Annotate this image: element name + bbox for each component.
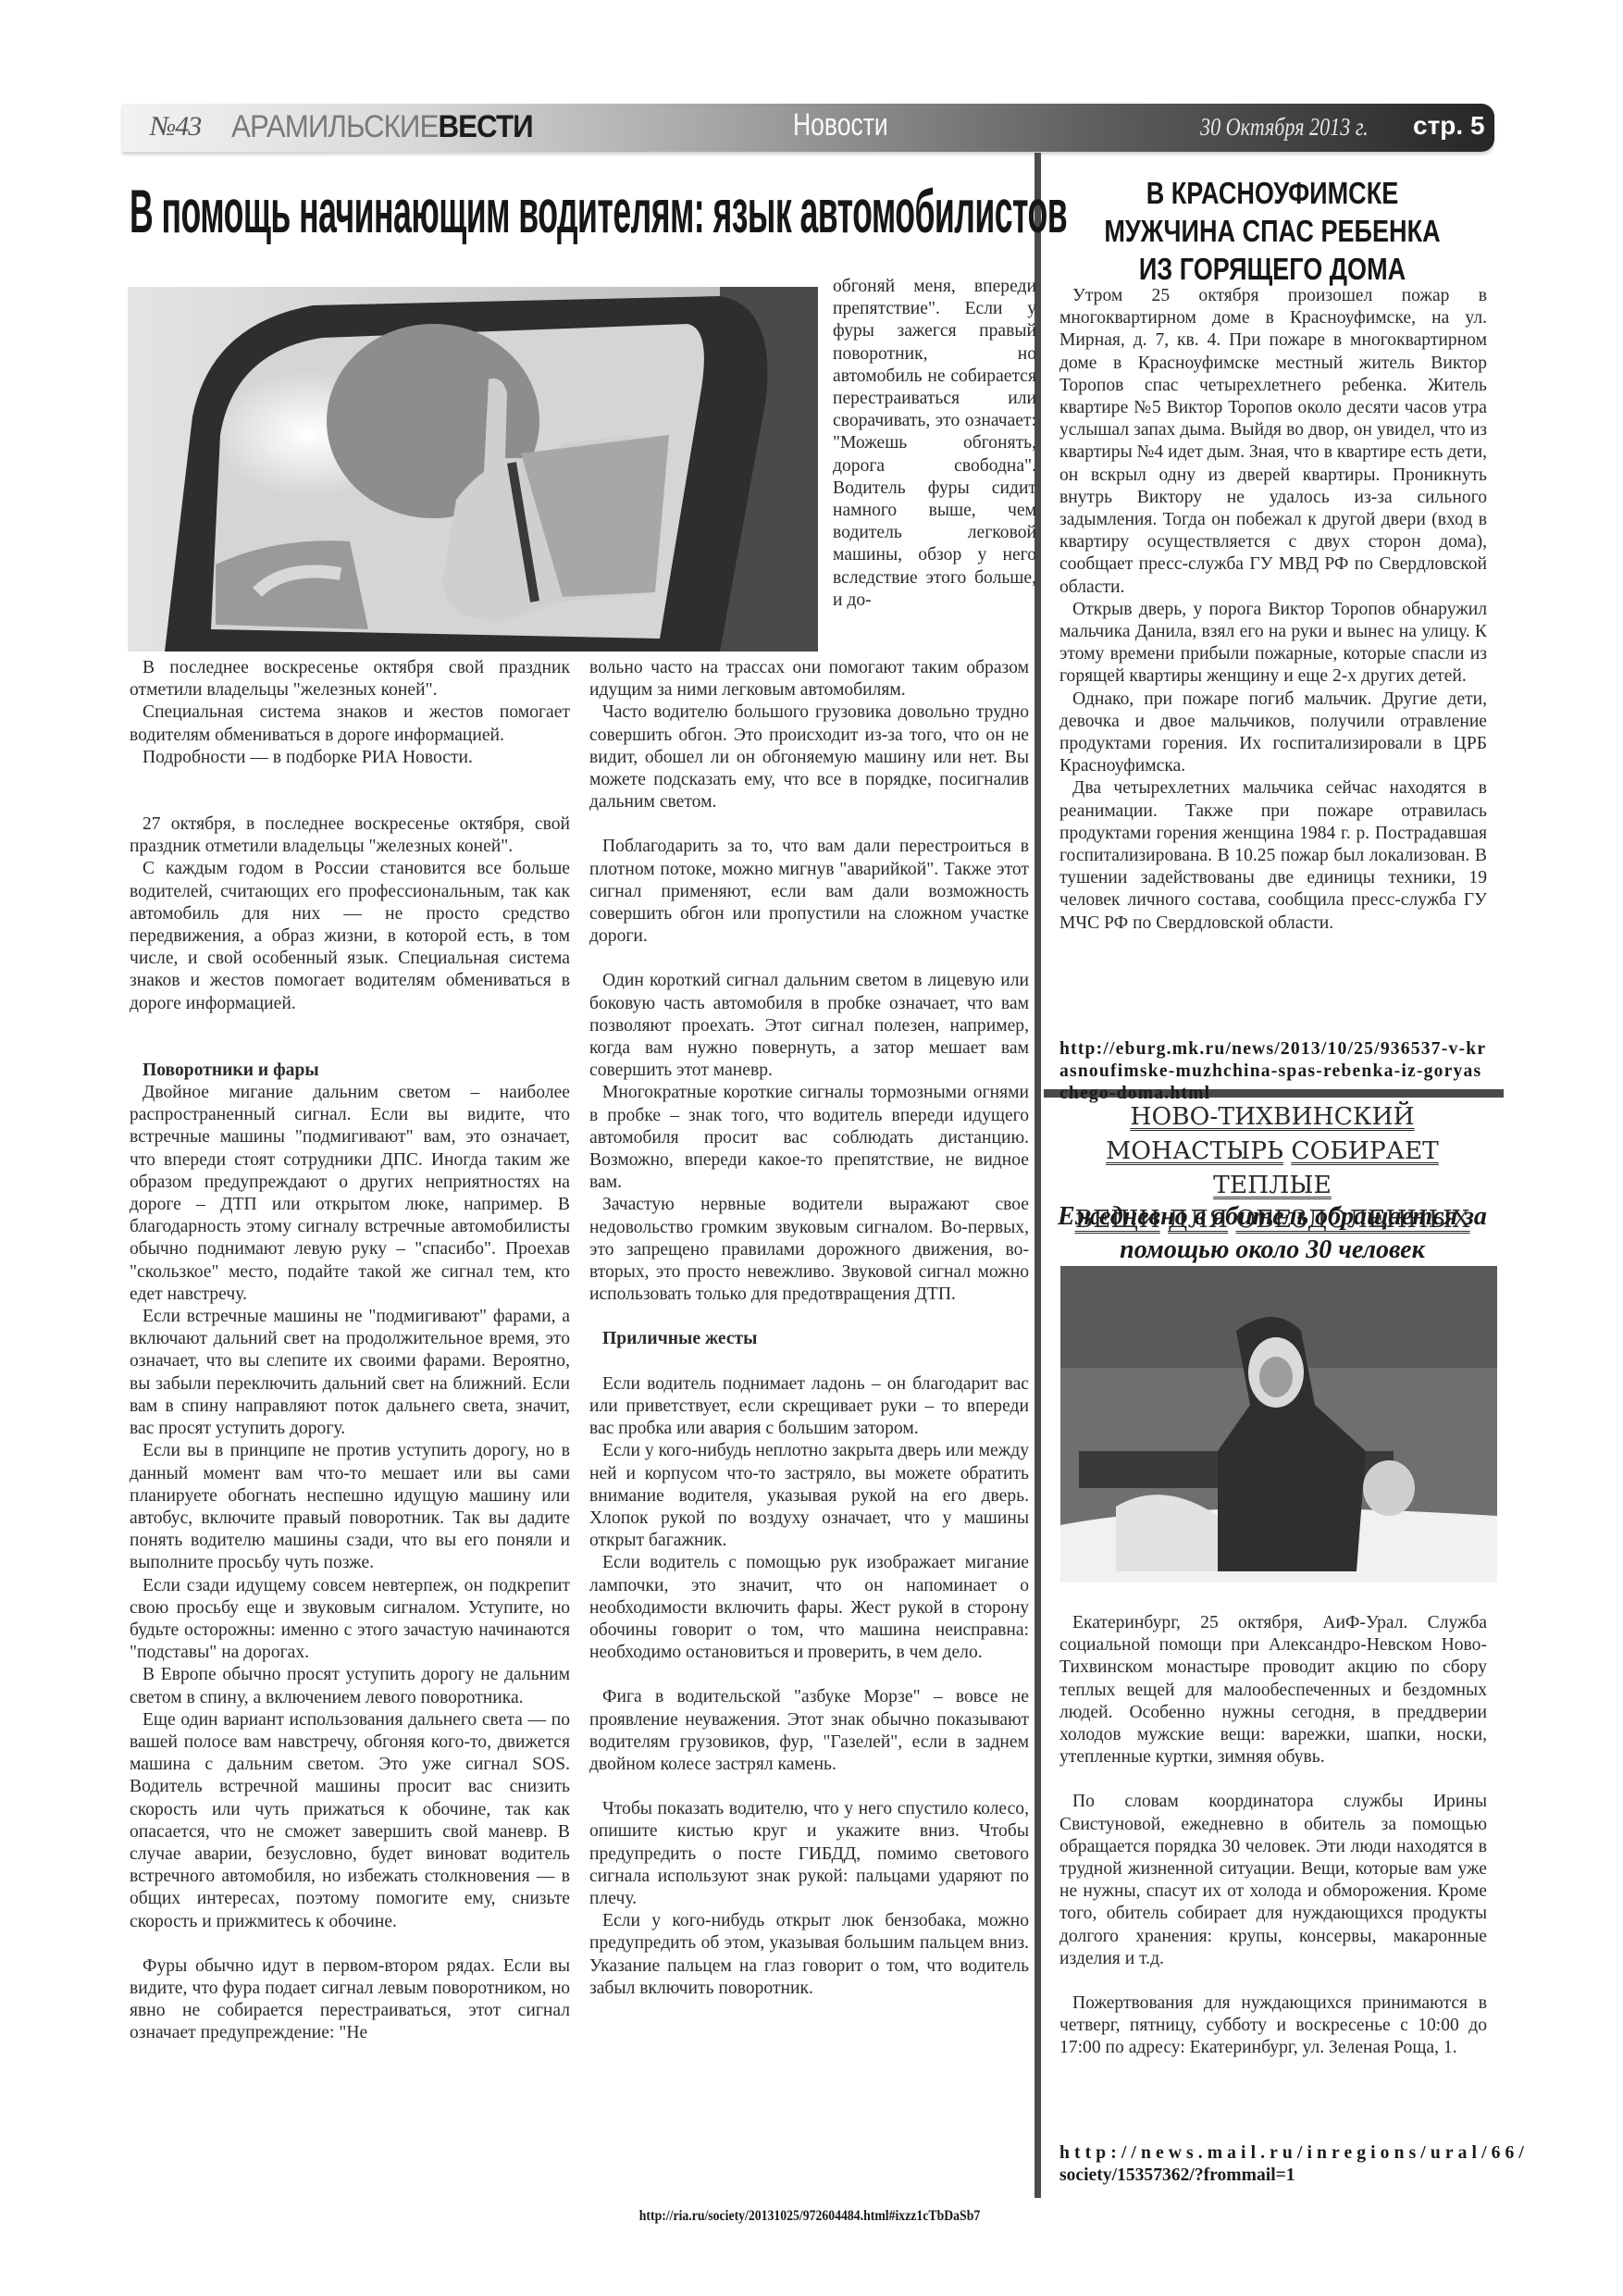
headline-line: НОВО-ТИХВИНСКИЙ: [1055, 1099, 1490, 1134]
paragraph: Если у кого-нибудь неплотно закрыта двер…: [589, 1440, 1029, 1552]
page-number: стр. 5: [1413, 111, 1485, 141]
logo-part-dark: ВЕСТИ: [438, 109, 532, 144]
paragraph: Двойное мигание дальним светом – наиболе…: [130, 1082, 570, 1306]
headline-line: мужчина спас ребенка: [1094, 212, 1450, 250]
lead-paragraph: В последнее воскресенье октября свой пра…: [130, 657, 570, 701]
main-article-column-2: вольно часто на трассах они помогают так…: [589, 657, 1029, 2000]
lead-paragraph: Специальная система знаков и жестов помо…: [130, 701, 570, 746]
paragraph: Открыв дверь, у порога Виктор Торопов об…: [1059, 599, 1487, 689]
fire-article-body: Утром 25 октября произошел пожар в много…: [1059, 285, 1487, 935]
section-title: Новости: [793, 107, 888, 143]
subheading: Поворотники и фары: [130, 1060, 570, 1082]
paragraph: Пожертвования для нуждающихся принимаютс…: [1059, 1992, 1487, 2060]
paragraph: Если встречные машины не "подмигивают" ф…: [130, 1306, 570, 1440]
monastery-subheadline: Ежедневно в обитель обращается за помощь…: [1055, 1200, 1490, 1267]
subheading: Приличные жесты: [589, 1328, 1029, 1350]
paragraph: Многократные короткие сигналы тормозными…: [589, 1082, 1029, 1194]
paragraph: Если водитель поднимает ладонь – он благ…: [589, 1373, 1029, 1441]
paragraph: Зачастую нервные водители выражают свое …: [589, 1194, 1029, 1306]
woman-on-bench-image: [1060, 1266, 1497, 1582]
paragraph: Чтобы показать водителю, что у него спус…: [589, 1798, 1029, 1910]
issue-date: 30 Октября 2013 г.: [1200, 113, 1369, 142]
main-article-column-1: В последнее воскресенье октября свой пра…: [130, 657, 570, 2045]
paragraph: Екатеринбург, 25 октября, АиФ-Урал. Служ…: [1059, 1612, 1487, 1769]
newspaper-logo: АРАМИЛЬСКИЕВЕСТИ: [231, 109, 533, 145]
paragraph: 27 октября, в последнее воскресенье октя…: [130, 813, 570, 858]
paragraph: вольно часто на трассах они помогают так…: [589, 657, 1029, 701]
paragraph: Еще один вариант использования дальнего …: [130, 1709, 570, 1933]
headline-word: МОНАСТЫРЬ: [1106, 1136, 1283, 1165]
paragraph: По словам координатора службы Ирины Свис…: [1059, 1791, 1487, 1970]
page-header-bar: №43 АРАМИЛЬСКИЕВЕСТИ Новости 30 Октября …: [122, 104, 1494, 152]
lead-paragraph: Подробности — в подборке РИА Новости.: [130, 747, 570, 769]
paragraph: Поблагодарить за то, что вам дали перест…: [589, 836, 1029, 948]
paragraph: Фига в водительской "азбуке Морзе" – вов…: [589, 1686, 1029, 1776]
source-link-line[interactable]: http://news.mail.ru/inregions/ural/66/: [1059, 2142, 1487, 2165]
headline-word: НОВО-ТИХВИНСКИЙ: [1130, 1102, 1414, 1131]
paragraph: Часто водителю большого грузовика доволь…: [589, 701, 1029, 813]
headline-line: МОНАСТЫРЬ СОБИРАЕТ ТЕПЛЫЕ: [1055, 1134, 1490, 1202]
main-headline: В помощь начинающим водителям: язык авто…: [130, 174, 614, 248]
headline-line: В Красноуфимске: [1094, 174, 1450, 212]
wrap-text-column: обгоняй меня, впереди препятствие". Если…: [833, 276, 1036, 612]
source-link-mail[interactable]: http://news.mail.ru/inregions/ural/66/ s…: [1059, 2142, 1487, 2187]
paragraph: С каждым годом в России становится все б…: [130, 858, 570, 1014]
source-link-ria[interactable]: http://ria.ru/society/20131025/972604484…: [623, 2208, 997, 2225]
mirror-thumbs-up-image: [128, 287, 818, 652]
monastery-article-body: Екатеринбург, 25 октября, АиФ-Урал. Служ…: [1059, 1612, 1487, 2060]
headline-line: из горящего дома: [1094, 250, 1450, 288]
paragraph: В Европе обычно просят уступить дорогу н…: [130, 1664, 570, 1708]
paragraph: Фуры обычно идут в первом-втором рядах. …: [130, 1955, 570, 2045]
source-link-line[interactable]: society/15357362/?frommail=1: [1059, 2166, 1295, 2185]
paragraph: обгоняй меня, впереди препятствие". Если…: [833, 276, 1036, 612]
paragraph: Если у кого-нибудь открыт люк бензобака,…: [589, 1910, 1029, 2000]
paragraph: Если сзади идущему совсем невтерпеж, он …: [130, 1575, 570, 1665]
homeless-woman-photo: [1060, 1266, 1497, 1582]
issue-number: №43: [150, 111, 201, 143]
paragraph: Однако, при пожаре погиб мальчик. Другие…: [1059, 689, 1487, 778]
paragraph: Два четырехлетних мальчика сейчас находя…: [1059, 777, 1487, 934]
logo-part-light: АРАМИЛЬСКИЕ: [231, 109, 438, 144]
car-mirror-photo: [128, 287, 818, 652]
paragraph: Если водитель с помощью рук изображает м…: [589, 1552, 1029, 1664]
paragraph: Один короткий сигнал дальним светом в ли…: [589, 970, 1029, 1082]
source-link-mk[interactable]: http://eburg.mk.ru/news/2013/10/25/93653…: [1059, 1038, 1487, 1105]
paragraph: Если вы в принципе не против уступить до…: [130, 1440, 570, 1574]
headline-word: СОБИРАЕТ: [1291, 1136, 1439, 1165]
fire-article-headline: В Красноуфимске мужчина спас ребенка из …: [1055, 174, 1490, 288]
headline-word: ТЕПЛЫЕ: [1213, 1171, 1332, 1199]
paragraph: Утром 25 октября произошел пожар в много…: [1059, 285, 1487, 599]
